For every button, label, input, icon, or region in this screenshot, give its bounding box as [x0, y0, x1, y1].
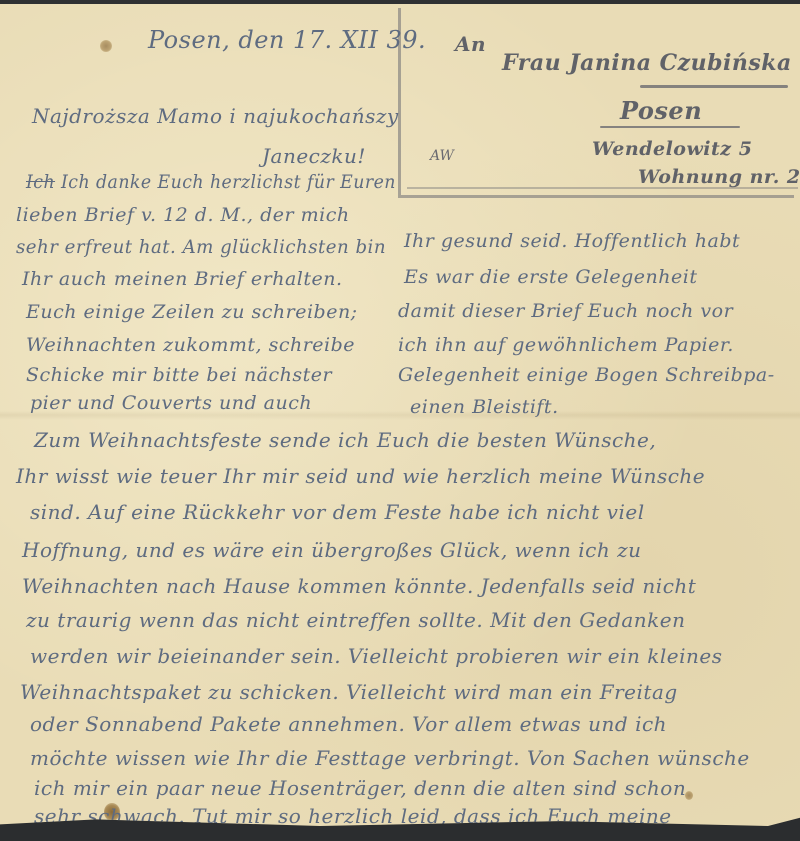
body-line: sehr schwach. Tut mir so herzlich leid, … — [34, 804, 672, 828]
body-right-line: damit dieser Brief Euch noch vor — [398, 300, 733, 322]
address-apartment: Wohnung nr. 2 — [638, 166, 800, 188]
body-left-line-text: Ich danke Euch herzlichst für Euren — [61, 171, 396, 193]
body-left-line: Schicke mir bitte bei nächster — [26, 364, 332, 386]
body-right-line: Es war die erste Gelegenheit — [404, 266, 697, 288]
address-city: Posen — [620, 96, 702, 125]
body-line: Weihnachtspaket zu schicken. Vielleicht … — [20, 680, 678, 704]
dateline: Posen, den 17. XII 39. — [148, 26, 426, 54]
address-street: Wendelowitz 5 — [592, 138, 752, 160]
body-line: Hoffnung, und es wäre ein übergroßes Glü… — [22, 538, 642, 562]
body-left-line: Weihnachten zukommt, schreibe — [26, 334, 355, 356]
ink-stain — [100, 40, 112, 52]
body-line: Weihnachten nach Hause kommen könnte. Je… — [22, 574, 696, 598]
body-right-line: Ihr gesund seid. Hoffentlich habt — [404, 230, 740, 252]
address-mark: AW — [430, 148, 454, 164]
address-prefix: An — [455, 32, 486, 56]
body-line: Zum Weihnachtsfeste sende ich Euch die b… — [34, 428, 656, 452]
body-line: ich mir ein paar neue Hosenträger, denn … — [34, 776, 686, 800]
body-line: werden wir beieinander sein. Vielleicht … — [30, 644, 722, 668]
body-left-line: lieben Brief v. 12 d. M., der mich — [16, 204, 350, 226]
body-left-line: Euch einige Zeilen zu schreiben; — [26, 301, 358, 323]
body-line: zu traurig wenn das nicht eintreffen sol… — [26, 608, 685, 632]
struck-word: Ich — [26, 171, 55, 193]
letter-paper: Posen, den 17. XII 39. An Frau Janina Cz… — [0, 4, 800, 826]
body-right-line: ich ihn auf gewöhnlichem Papier. — [398, 334, 734, 356]
address-name: Frau Janina Czubińska — [502, 50, 792, 76]
body-line: Ihr wisst wie teuer Ihr mir seid und wie… — [16, 464, 705, 488]
body-line: oder Sonnabend Pakete annehmen. Vor alle… — [30, 712, 667, 736]
city-underline — [600, 126, 740, 128]
body-left-line: pier und Couverts und auch — [30, 392, 312, 414]
body-left-line: sehr erfreut hat. Am glücklichsten bin — [16, 236, 386, 258]
body-left-line: Ihr auch meinen Brief erhalten. — [22, 268, 343, 290]
body-right-line: einen Bleistift. — [410, 396, 559, 418]
salutation-line2: Janeczku! — [262, 144, 366, 168]
body-right-line: Gelegenheit einige Bogen Schreibpa- — [398, 364, 775, 386]
body-line: möchte wissen wie Ihr die Festtage verbr… — [30, 746, 750, 770]
body-line: sind. Auf eine Rückkehr vor dem Feste ha… — [30, 500, 645, 524]
salutation-line1: Najdroższa Mamo i najukochańszy — [32, 104, 399, 128]
name-underline — [640, 85, 788, 88]
body-left-line: Ich Ich danke Euch herzlichst für Euren — [26, 171, 396, 193]
